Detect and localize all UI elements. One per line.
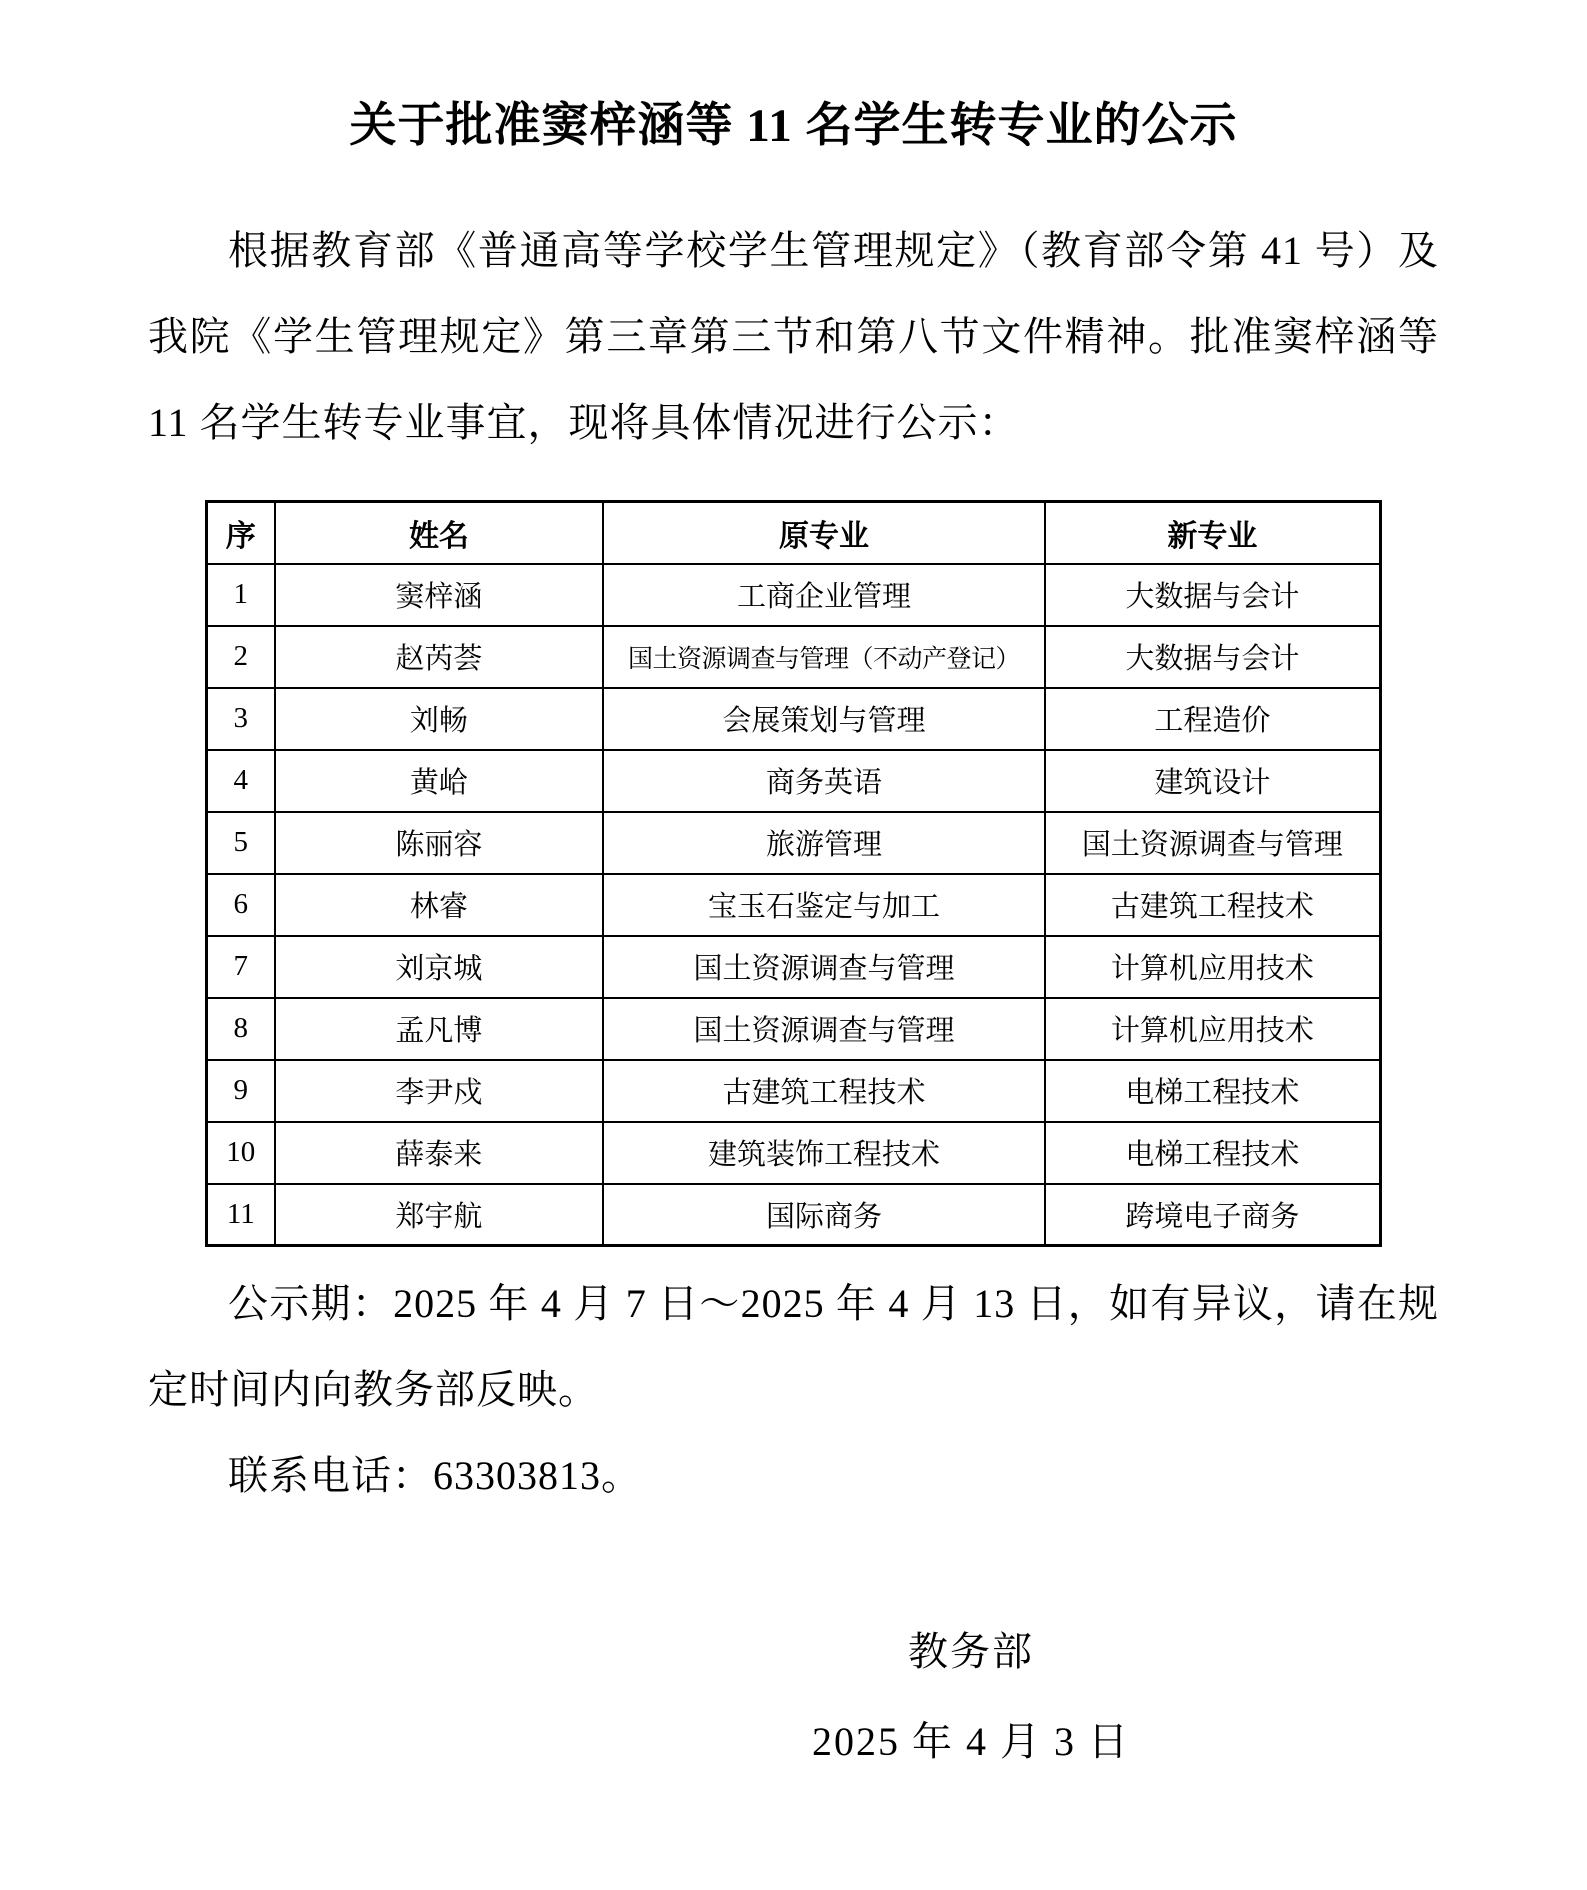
table-row: 1窦梓涵工商企业管理大数据与会计 — [207, 564, 1381, 626]
contact-paragraph: 联系电话：63303813。 — [148, 1433, 1439, 1519]
original-major: 国土资源调查与管理（不动产登记） — [603, 626, 1044, 688]
transfer-table-header: 序 姓名 原专业 新专业 — [207, 502, 1381, 564]
original-major: 国际商务 — [603, 1184, 1044, 1246]
row-number: 7 — [207, 936, 275, 998]
signature-date: 2025 年 4 月 3 日 — [812, 1712, 1130, 1772]
original-major: 宝玉石鉴定与加工 — [603, 874, 1044, 936]
row-number: 5 — [207, 812, 275, 874]
student-name: 郑宇航 — [275, 1184, 604, 1246]
new-major: 电梯工程技术 — [1045, 1060, 1381, 1122]
student-name: 陈丽容 — [275, 812, 604, 874]
header-new-major: 新专业 — [1045, 502, 1381, 564]
header-seq: 序 — [207, 502, 275, 564]
header-name: 姓名 — [275, 502, 604, 564]
row-number: 6 — [207, 874, 275, 936]
student-name: 窦梓涵 — [275, 564, 604, 626]
new-major: 大数据与会计 — [1045, 564, 1381, 626]
table-row: 6林睿宝玉石鉴定与加工古建筑工程技术 — [207, 874, 1381, 936]
row-number: 8 — [207, 998, 275, 1060]
new-major: 工程造价 — [1045, 688, 1381, 750]
student-name: 林睿 — [275, 874, 604, 936]
table-row: 8孟凡博国土资源调查与管理计算机应用技术 — [207, 998, 1381, 1060]
table-row: 9李尹戍古建筑工程技术电梯工程技术 — [207, 1060, 1381, 1122]
transfer-table: 序 姓名 原专业 新专业 1窦梓涵工商企业管理大数据与会计2赵芮荟国土资源调查与… — [205, 500, 1382, 1247]
transfer-table-body: 1窦梓涵工商企业管理大数据与会计2赵芮荟国土资源调查与管理（不动产登记）大数据与… — [207, 564, 1381, 1246]
original-major: 古建筑工程技术 — [603, 1060, 1044, 1122]
original-major: 国土资源调查与管理 — [603, 998, 1044, 1060]
header-row: 序 姓名 原专业 新专业 — [207, 502, 1381, 564]
row-number: 11 — [207, 1184, 275, 1246]
signature-department: 教务部 — [812, 1622, 1130, 1682]
student-name: 孟凡博 — [275, 998, 604, 1060]
page-title: 关于批准窦梓涵等 11 名学生转专业的公示 — [148, 92, 1439, 160]
original-major: 国土资源调查与管理 — [603, 936, 1044, 998]
student-name: 赵芮荟 — [275, 626, 604, 688]
table-row: 7刘京城国土资源调查与管理计算机应用技术 — [207, 936, 1381, 998]
new-major: 计算机应用技术 — [1045, 936, 1381, 998]
table-row: 5陈丽容旅游管理国土资源调查与管理 — [207, 812, 1381, 874]
original-major: 工商企业管理 — [603, 564, 1044, 626]
row-number: 3 — [207, 688, 275, 750]
row-number: 4 — [207, 750, 275, 812]
table-row: 3刘畅会展策划与管理工程造价 — [207, 688, 1381, 750]
student-name: 刘京城 — [275, 936, 604, 998]
row-number: 2 — [207, 626, 275, 688]
row-number: 10 — [207, 1122, 275, 1184]
new-major: 国土资源调查与管理 — [1045, 812, 1381, 874]
original-major: 商务英语 — [603, 750, 1044, 812]
intro-paragraph: 根据教育部《普通高等学校学生管理规定》（教育部令第 41 号）及我院《学生管理规… — [148, 208, 1439, 466]
new-major: 大数据与会计 — [1045, 626, 1381, 688]
notice-period-paragraph: 公示期：2025 年 4 月 7 日～2025 年 4 月 13 日，如有异议，… — [148, 1261, 1439, 1433]
student-name: 黄峆 — [275, 750, 604, 812]
row-number: 1 — [207, 564, 275, 626]
row-number: 9 — [207, 1060, 275, 1122]
signature-block: 教务部 2025 年 4 月 3 日 — [812, 1622, 1130, 1772]
table-row: 2赵芮荟国土资源调查与管理（不动产登记）大数据与会计 — [207, 626, 1381, 688]
header-old-major: 原专业 — [603, 502, 1044, 564]
table-row: 11郑宇航国际商务跨境电子商务 — [207, 1184, 1381, 1246]
new-major: 电梯工程技术 — [1045, 1122, 1381, 1184]
student-name: 李尹戍 — [275, 1060, 604, 1122]
document-page: 关于批准窦梓涵等 11 名学生转专业的公示 根据教育部《普通高等学校学生管理规定… — [0, 0, 1587, 1890]
student-name: 薛泰来 — [275, 1122, 604, 1184]
new-major: 计算机应用技术 — [1045, 998, 1381, 1060]
original-major: 旅游管理 — [603, 812, 1044, 874]
student-name: 刘畅 — [275, 688, 604, 750]
table-row: 4黄峆商务英语建筑设计 — [207, 750, 1381, 812]
table-row: 10薛泰来建筑装饰工程技术电梯工程技术 — [207, 1122, 1381, 1184]
new-major: 建筑设计 — [1045, 750, 1381, 812]
new-major: 古建筑工程技术 — [1045, 874, 1381, 936]
original-major: 会展策划与管理 — [603, 688, 1044, 750]
original-major: 建筑装饰工程技术 — [603, 1122, 1044, 1184]
new-major: 跨境电子商务 — [1045, 1184, 1381, 1246]
